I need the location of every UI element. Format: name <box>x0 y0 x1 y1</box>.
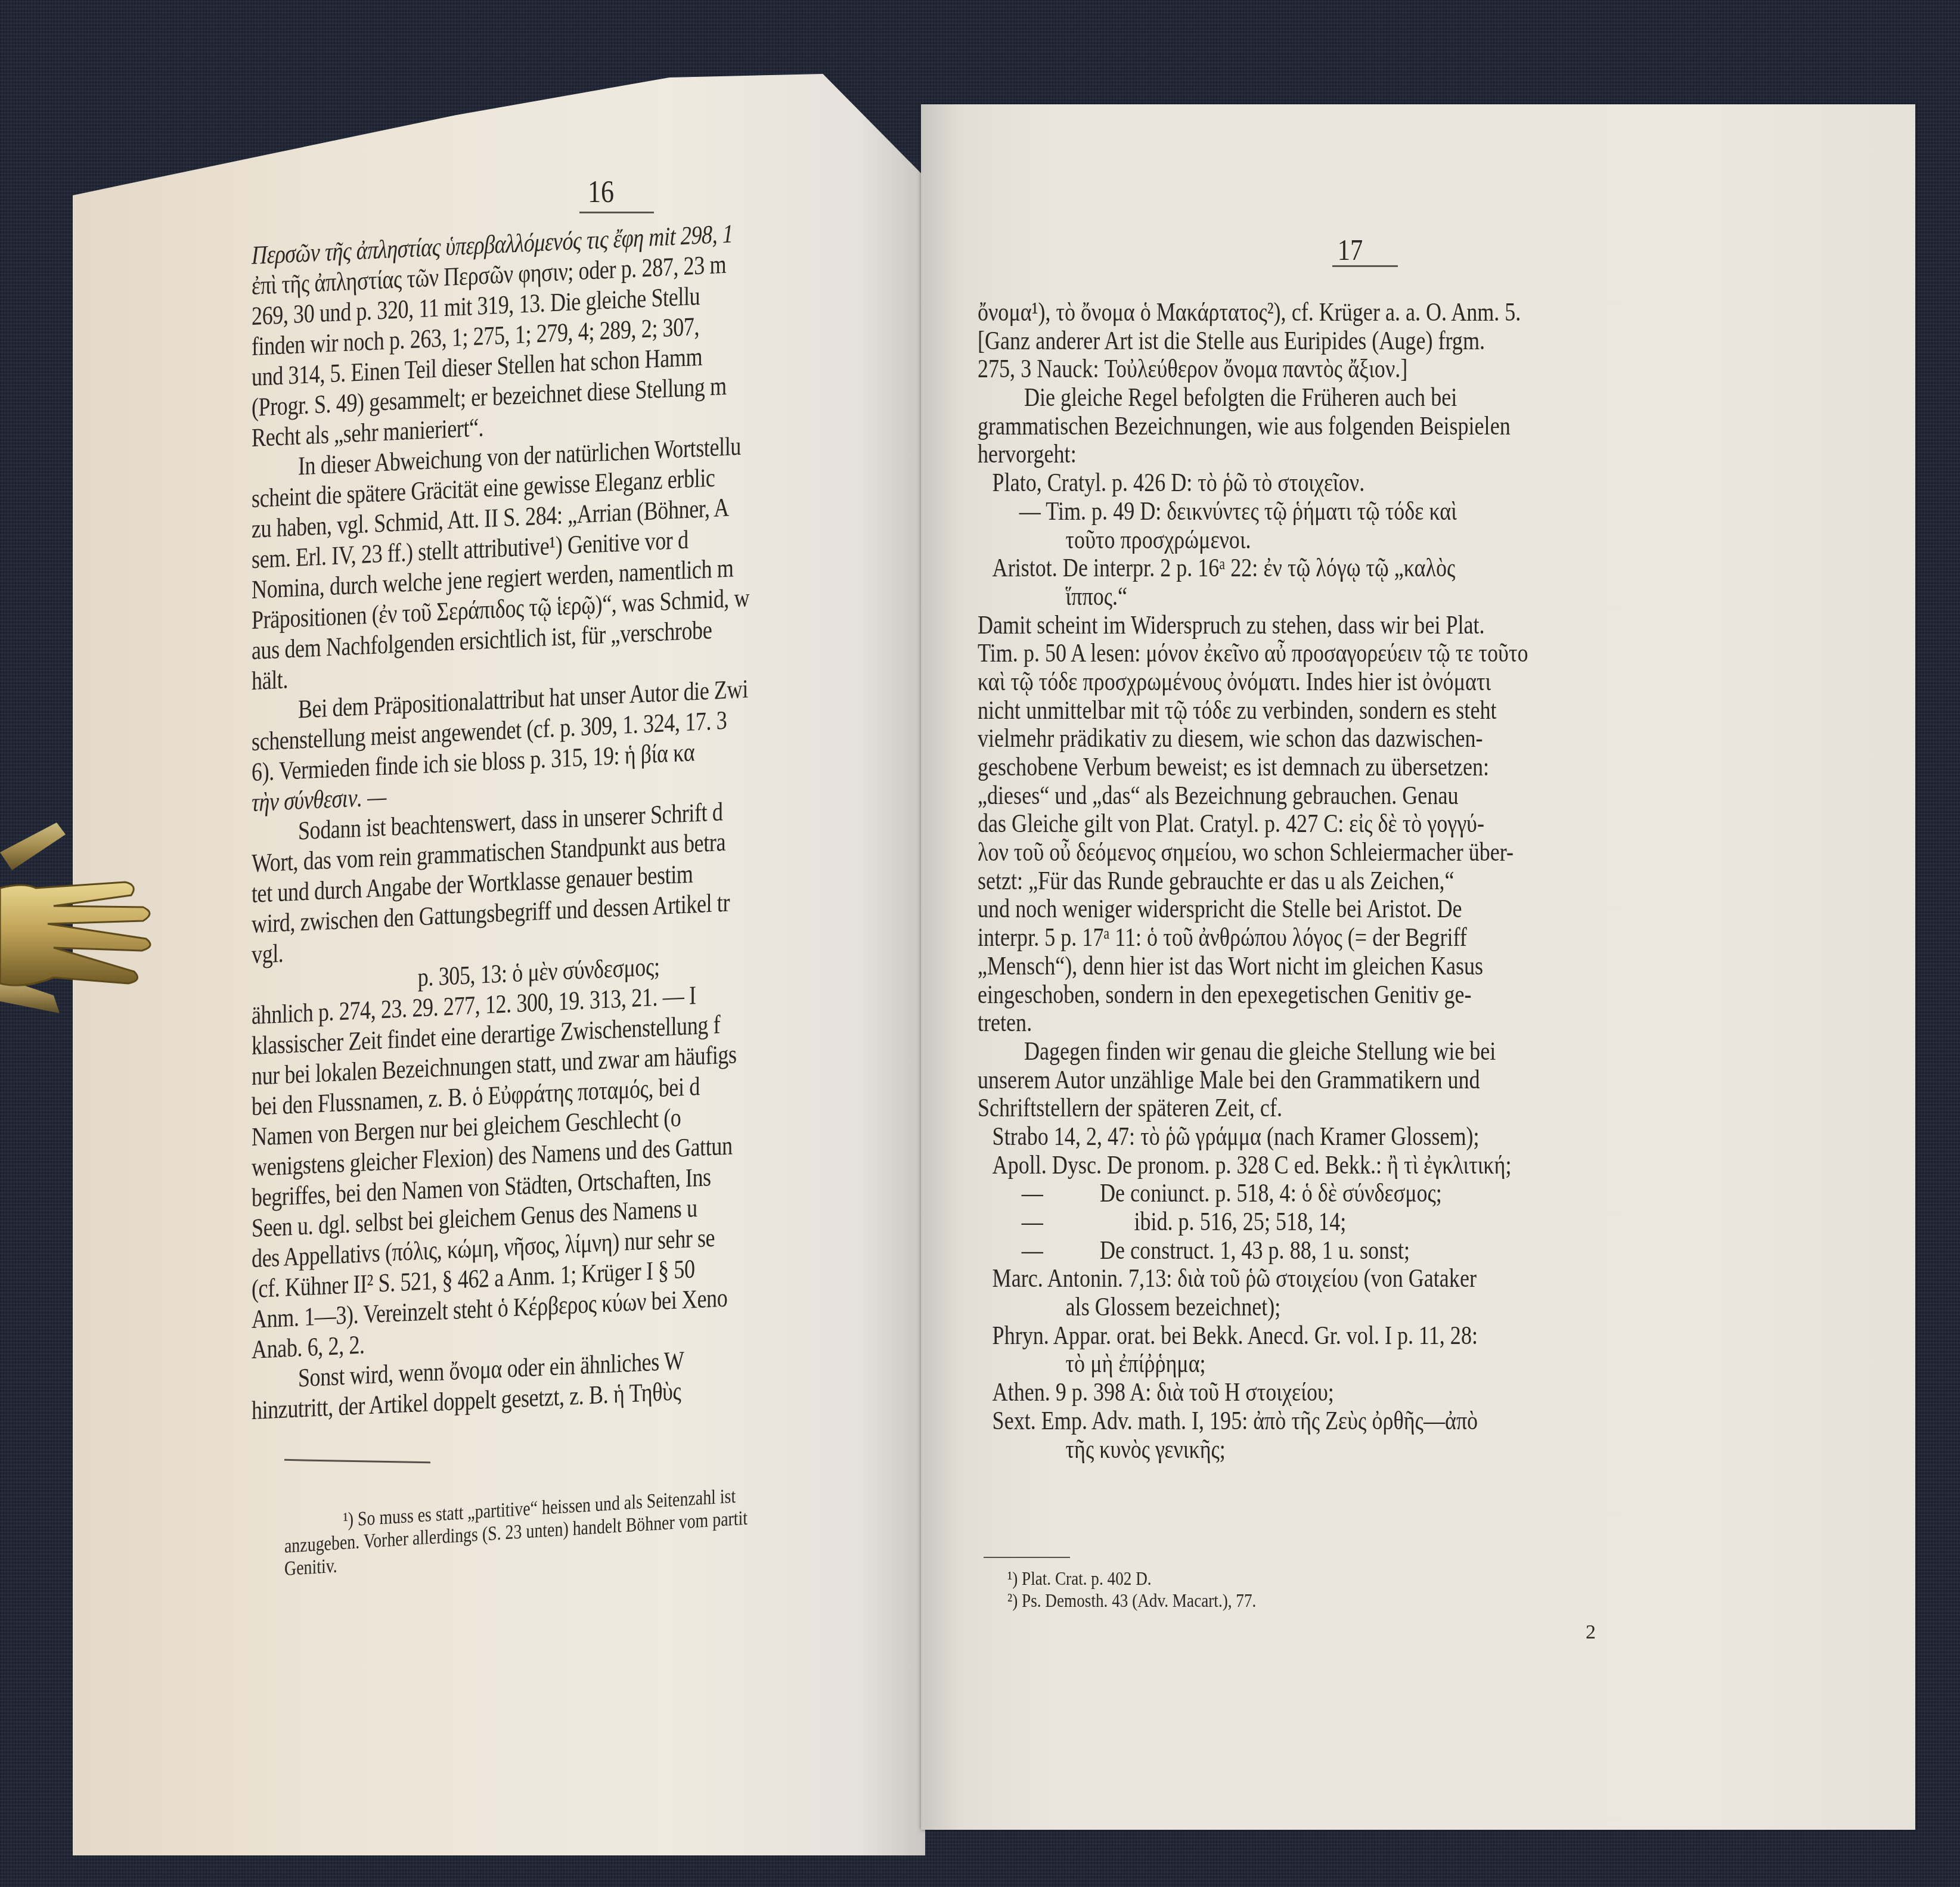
text-line: Die gleiche Regel befolgten die Früheren… <box>978 383 1613 412</box>
ditto-dash: — <box>993 1208 1100 1236</box>
ditto-dash: — <box>993 1236 1100 1265</box>
text-line: Dagegen finden wir genau die gleiche Ste… <box>978 1037 1613 1066</box>
text-line: unserem Autor unzählige Male bei den Gra… <box>978 1066 1613 1094</box>
footnote-rule <box>984 1557 1070 1558</box>
right-footnotes: ¹) Plat. Crat. p. 402 D. ²) Ps. Demosth.… <box>1007 1568 1723 1612</box>
text-line: Tim. p. 50 A lesen: μόνον ἐκεῖνο αὖ προσ… <box>978 639 1613 668</box>
text-line: geschobene Verbum beweist; es ist demnac… <box>978 753 1613 781</box>
text-line: Damit scheint im Widerspruch zu stehen, … <box>978 611 1613 640</box>
citation-line: —ibid. p. 516, 25; 518, 14; <box>978 1208 1613 1236</box>
left-page: 16 Περσῶν τῆς ἀπληστίας ὑπερβαλλόμενός τ… <box>73 70 925 1855</box>
footnote-line: ²) Ps. Demosth. 43 (Adv. Macart.), 77. <box>1007 1590 1615 1612</box>
citation-line: Phryn. Appar. orat. bei Bekk. Anecd. Gr.… <box>978 1321 1613 1350</box>
citation-line: Aristot. De interpr. 2 p. 16ᵃ 22: ἐν τῷ … <box>978 554 1613 582</box>
text-line: hervorgeht: <box>978 440 1613 468</box>
page-number-rule <box>579 212 654 213</box>
text-line: das Gleiche gilt von Plat. Cratyl. p. 42… <box>978 809 1613 838</box>
text-line: interpr. 5 p. 17ᵃ 11: ὁ τοῦ ἀνθρώπου λόγ… <box>978 923 1613 952</box>
page-number-left: 16 <box>588 175 614 210</box>
right-page: 17 ὄνομα¹), τὸ ὄνομα ὁ Μακάρτατος²), cf.… <box>921 104 1915 1830</box>
text-line: ὄνομα¹), τὸ ὄνομα ὁ Μακάρτατος²), cf. Kr… <box>978 298 1613 327</box>
citation-line: —De construct. 1, 43 p. 88, 1 u. sonst; <box>978 1236 1613 1265</box>
text-line: grammatischen Bezeichnungen, wie aus fol… <box>978 412 1613 440</box>
citation-line: Plato, Cratyl. p. 426 D: τὸ ῥῶ τὸ στοιχε… <box>978 468 1613 497</box>
text-line: eingeschoben, sondern in den epexegetisc… <box>978 980 1613 1009</box>
text-line: und noch weniger widerspricht die Stelle… <box>978 895 1613 923</box>
citation-line: Strabo 14, 2, 47: τὸ ῥῶ γράμμα (nach Kra… <box>978 1122 1613 1151</box>
citation-line: ἵππος.“ <box>978 582 1613 611</box>
citation-line: τὸ μὴ ἐπίῤῥημα; <box>978 1349 1613 1378</box>
citation-text: De coniunct. p. 518, 4: ὁ δὲ σύνδεσμος; <box>1100 1178 1442 1208</box>
citation-line: Athen. 9 p. 398 A: διὰ τοῦ Η στοιχείου; <box>978 1378 1613 1407</box>
citation-line: Marc. Antonin. 7,13: διὰ τοῦ ῥῶ στοιχείο… <box>978 1264 1613 1293</box>
text-line: [Ganz anderer Art ist die Stelle aus Eur… <box>978 327 1613 355</box>
citation-line: Apoll. Dysc. De pronom. p. 328 C ed. Bek… <box>978 1151 1613 1180</box>
text-line: 275, 3 Nauck: Τοὐλεύθερον ὄνομα παντὸς ἄ… <box>978 355 1613 383</box>
citation-line: als Glossem bezeichnet); <box>978 1293 1613 1321</box>
text-line: λον τοῦ οὖ δεόμενος σημείου, wo schon Sc… <box>978 838 1613 867</box>
citation-line: Sext. Emp. Adv. math. I, 195: ἀπὸ τῆς Ζε… <box>978 1407 1613 1435</box>
ditto-dash: — <box>993 1179 1100 1208</box>
text-line: „dieses“ und „das“ als Bezeichnung gebra… <box>978 781 1613 810</box>
citation-text: ibid. p. 516, 25; 518, 14; <box>1100 1207 1346 1236</box>
citation-text: De construct. 1, 43 p. 88, 1 u. sonst; <box>1100 1236 1410 1265</box>
footnote-rule <box>284 1459 430 1463</box>
citation-line: — Tim. p. 49 D: δεικνύντες τῷ ῥήματι τῷ … <box>978 497 1613 526</box>
left-footnotes: ¹) So muss es statt „partitive“ heissen … <box>284 1473 928 1581</box>
text-line: treten. <box>978 1008 1613 1037</box>
citation-line: τοῦτο προσχρώμενοι. <box>978 526 1613 554</box>
footnote-line: ¹) Plat. Crat. p. 402 D. <box>1007 1568 1615 1590</box>
signature-mark: 2 <box>1586 1621 1596 1644</box>
text-line: „Mensch“), denn hier ist das Wort nicht … <box>978 952 1613 980</box>
page-number-rule <box>1332 265 1398 267</box>
text-line: nicht unmittelbar mit τῷ τόδε zu verbind… <box>978 696 1613 725</box>
citation-line: —De coniunct. p. 518, 4: ὁ δὲ σύνδεσμος; <box>978 1179 1613 1208</box>
left-page-body: Περσῶν τῆς ἀπληστίας ὑπερβαλλόμενός τις … <box>252 210 925 1426</box>
text-line: καὶ τῷ τόδε προσχρωμένους ὀνόματι. Indes… <box>978 668 1613 696</box>
page-number-right: 17 <box>1338 232 1363 267</box>
citation-line: τῆς κυνὸς γενικῆς; <box>978 1435 1613 1464</box>
text-line: setzt: „Für das Runde gebrauchte er das … <box>978 867 1613 895</box>
brass-hand-clip-icon <box>0 799 161 1025</box>
text-line: vielmehr prädikativ zu diesem, wie schon… <box>978 724 1613 753</box>
right-page-body: ὄνομα¹), τὸ ὄνομα ὁ Μακάρτατος²), cf. Kr… <box>978 298 1753 1463</box>
text-line: Schriftstellern der späteren Zeit, cf. <box>978 1094 1613 1122</box>
